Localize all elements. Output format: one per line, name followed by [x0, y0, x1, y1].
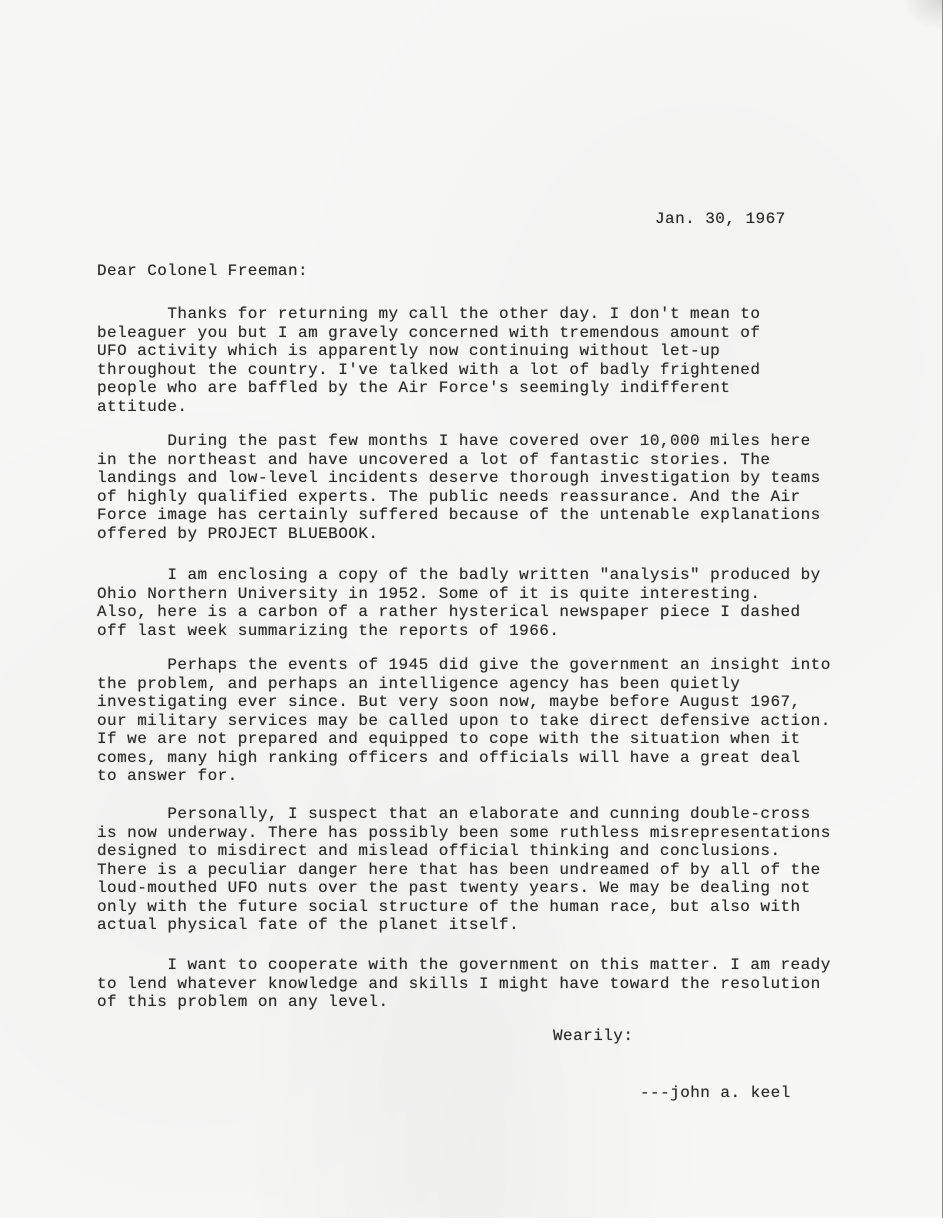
letter-closing: Wearily:	[553, 1027, 633, 1045]
paragraph-line: of this problem on any level.	[97, 993, 831, 1012]
paragraph-5: Personally, I suspect that an elaborate …	[97, 805, 831, 935]
paragraph-line: designed to misdirect and mislead offici…	[97, 842, 831, 861]
paragraph-line: Perhaps the events of 1945 did give the …	[97, 656, 831, 675]
paragraph-line: people who are baffled by the Air Force'…	[97, 379, 760, 398]
paragraph-line: only with the future social structure of…	[97, 898, 831, 917]
paragraph-4: Perhaps the events of 1945 did give the …	[97, 656, 831, 786]
page-corner-shadow	[902, 0, 942, 30]
paragraph-6: I want to cooperate with the government …	[97, 956, 831, 1012]
paragraph-line: Thanks for returning my call the other d…	[97, 305, 760, 324]
paragraph-line: Ohio Northern University in 1952. Some o…	[97, 585, 821, 604]
paragraph-line: UFO activity which is apparently now con…	[97, 342, 760, 361]
paragraph-line: off last week summarizing the reports of…	[97, 622, 821, 641]
letter-page: Jan. 30, 1967 Dear Colonel Freeman: Than…	[0, 0, 943, 1218]
letter-signature: ---john a. keel	[640, 1084, 791, 1102]
paragraph-line: throughout the country. I've talked with…	[97, 361, 760, 380]
paragraph-line: comes, many high ranking officers and of…	[97, 749, 831, 768]
paragraph-line: of highly qualified experts. The public …	[97, 488, 821, 507]
paragraph-line: the problem, and perhaps an intelligence…	[97, 675, 831, 694]
paragraph-line: beleaguer you but I am gravely concerned…	[97, 324, 760, 343]
paragraph-line: I want to cooperate with the government …	[97, 956, 831, 975]
letter-salutation: Dear Colonel Freeman:	[97, 262, 308, 280]
paragraph-line: There is a peculiar danger here that has…	[97, 861, 831, 880]
paragraph-line: offered by PROJECT BLUEBOOK.	[97, 525, 821, 544]
paragraph-line: loud-mouthed UFO nuts over the past twen…	[97, 879, 831, 898]
paragraph-line: to lend whatever knowledge and skills I …	[97, 975, 831, 994]
paragraph-1: Thanks for returning my call the other d…	[97, 305, 760, 416]
paragraph-line: our military services may be called upon…	[97, 712, 831, 731]
paragraph-line: investigating ever since. But very soon …	[97, 693, 831, 712]
paragraph-line: During the past few months I have covere…	[97, 432, 821, 451]
paragraph-2: During the past few months I have covere…	[97, 432, 821, 543]
paragraph-line: is now underway. There has possibly been…	[97, 824, 831, 843]
paragraph-line: attitude.	[97, 398, 760, 417]
paragraph-line: Force image has certainly suffered becau…	[97, 506, 821, 525]
paragraph-line: Also, here is a carbon of a rather hyste…	[97, 603, 821, 622]
paragraph-line: If we are not prepared and equipped to c…	[97, 730, 831, 749]
letter-date: Jan. 30, 1967	[655, 210, 786, 228]
paragraph-line: actual physical fate of the planet itsel…	[97, 916, 831, 935]
paragraph-line: Personally, I suspect that an elaborate …	[97, 805, 831, 824]
paragraph-3: I am enclosing a copy of the badly writt…	[97, 566, 821, 640]
paragraph-line: in the northeast and have uncovered a lo…	[97, 451, 821, 470]
paragraph-line: to answer for.	[97, 767, 831, 786]
paragraph-line: I am enclosing a copy of the badly writt…	[97, 566, 821, 585]
paragraph-line: landings and low-level incidents deserve…	[97, 469, 821, 488]
